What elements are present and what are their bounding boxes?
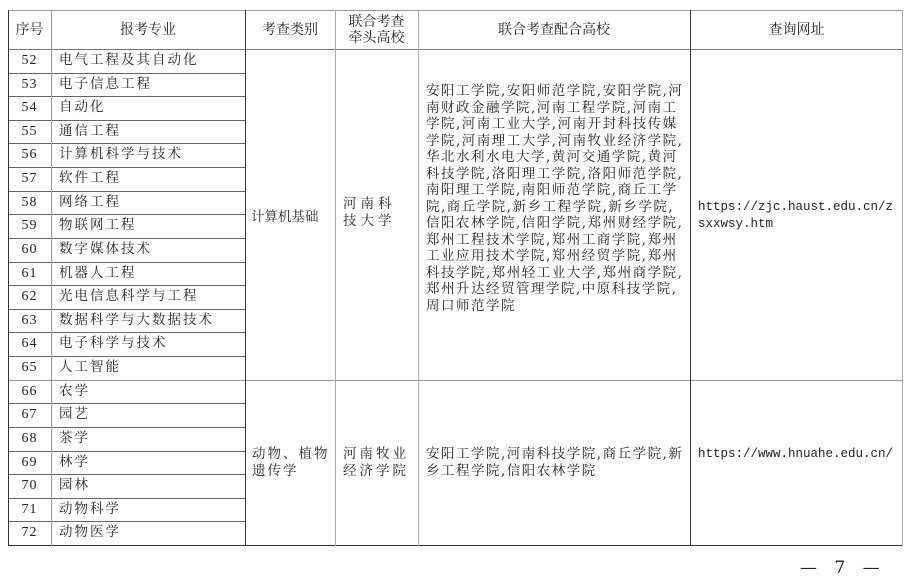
partner-schools-cell: 安阳工学院,河南科技学院,商丘学院,新乡工程学院,信阳农林学院 [418, 380, 690, 545]
row-seq: 61 [8, 262, 51, 286]
row-divider [8, 96, 245, 97]
row-divider [8, 451, 245, 452]
row-seq: 59 [8, 214, 51, 238]
category-cell: 计算机基础 [245, 49, 335, 380]
table-border-top [8, 10, 903, 11]
row-seq: 62 [8, 285, 51, 309]
row-seq: 69 [8, 451, 51, 475]
row-major: 电气工程及其自动化 [51, 49, 245, 73]
row-major: 光电信息科学与工程 [51, 285, 245, 309]
row-seq: 71 [8, 498, 51, 522]
partner-schools-cell: 安阳工学院,安阳师范学院,安阳学院,河南财政金融学院,河南工程学院,河南工学院,… [418, 49, 690, 380]
header-seq: 序号 [8, 10, 51, 49]
row-divider [8, 332, 245, 333]
row-divider [8, 214, 245, 215]
query-url-link[interactable]: https://zjc.haust.edu.cn/zsxxwsy.htm [690, 49, 903, 380]
row-major: 林学 [51, 451, 245, 475]
row-divider [8, 498, 245, 499]
group-divider [8, 380, 903, 381]
row-major: 电子信息工程 [51, 73, 245, 97]
row-seq: 60 [8, 238, 51, 262]
lead-school-cell: 河南科技大学 [335, 49, 418, 380]
header-partner-schools: 联合考查配合高校 [418, 10, 690, 49]
table-border-right [902, 10, 903, 546]
col-divider [418, 10, 419, 546]
row-major: 计算机科学与技术 [51, 143, 245, 167]
row-seq: 70 [8, 474, 51, 498]
row-seq: 66 [8, 380, 51, 404]
row-divider [8, 120, 245, 121]
row-seq: 55 [8, 120, 51, 144]
row-major: 数据科学与大数据技术 [51, 309, 245, 333]
col-divider [335, 10, 336, 546]
row-seq: 72 [8, 521, 51, 545]
row-seq: 57 [8, 167, 51, 191]
header-divider [8, 49, 903, 50]
row-divider [8, 167, 245, 168]
row-major: 机器人工程 [51, 262, 245, 286]
col-divider [690, 10, 691, 546]
row-seq: 65 [8, 356, 51, 380]
row-seq: 68 [8, 427, 51, 451]
row-major: 动物医学 [51, 521, 245, 545]
row-major: 物联网工程 [51, 214, 245, 238]
header-category: 考查类别 [245, 10, 335, 49]
row-divider [8, 238, 245, 239]
row-divider [8, 143, 245, 144]
row-divider [8, 191, 245, 192]
row-divider [8, 285, 245, 286]
row-major: 网络工程 [51, 191, 245, 215]
row-divider [8, 262, 245, 263]
row-seq: 67 [8, 403, 51, 427]
row-seq: 63 [8, 309, 51, 333]
row-seq: 64 [8, 332, 51, 356]
row-major: 自动化 [51, 96, 245, 120]
row-major: 园林 [51, 474, 245, 498]
row-seq: 53 [8, 73, 51, 97]
col-divider [51, 10, 52, 546]
row-divider [8, 427, 245, 428]
row-seq: 58 [8, 191, 51, 215]
table-border-bottom [8, 545, 903, 546]
row-major: 园艺 [51, 403, 245, 427]
lead-school-cell: 河南牧业经济学院 [335, 380, 418, 545]
row-major: 通信工程 [51, 120, 245, 144]
header-url: 查询网址 [690, 10, 903, 49]
row-major: 动物科学 [51, 498, 245, 522]
header-lead-school: 联合考查牵头高校 [335, 10, 418, 49]
row-seq: 56 [8, 143, 51, 167]
row-major: 软件工程 [51, 167, 245, 191]
col-divider [245, 10, 246, 546]
row-seq: 52 [8, 49, 51, 73]
query-url-link[interactable]: https://www.hnuahe.edu.cn/ [690, 380, 903, 545]
table-border-left [8, 10, 9, 546]
row-divider [8, 73, 245, 74]
row-major: 数字媒体技术 [51, 238, 245, 262]
row-divider [8, 309, 245, 310]
row-divider [8, 474, 245, 475]
category-cell: 动物、植物遗传学 [245, 380, 335, 545]
row-major: 电子科学与技术 [51, 332, 245, 356]
row-major: 农学 [51, 380, 245, 404]
page-number: — 7 — [800, 558, 886, 578]
row-divider [8, 521, 245, 522]
admissions-table: 序号 报考专业 考查类别 联合考查牵头高校 联合考查配合高校 查询网址 52电气… [8, 10, 903, 545]
row-divider [8, 356, 245, 357]
header-major: 报考专业 [51, 10, 245, 49]
row-divider [8, 403, 245, 404]
row-major: 茶学 [51, 427, 245, 451]
row-major: 人工智能 [51, 356, 245, 380]
row-seq: 54 [8, 96, 51, 120]
